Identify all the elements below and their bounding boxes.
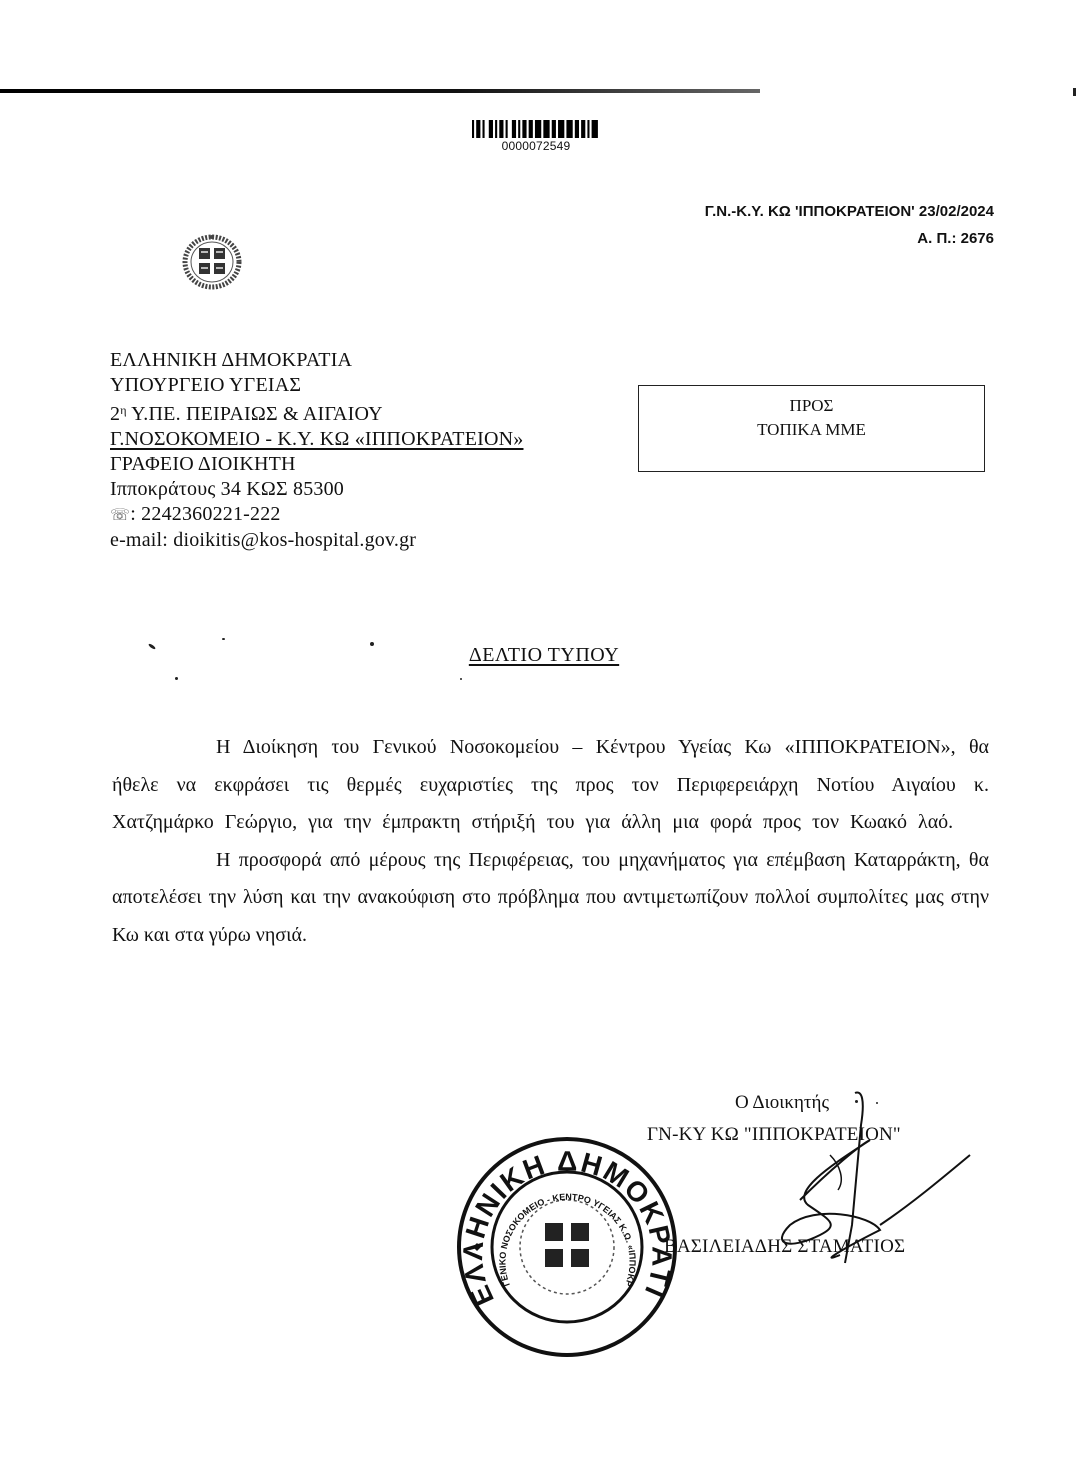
barcode (472, 120, 741, 138)
sender-address: Ιπποκράτους 34 ΚΩΣ 85300 (110, 477, 523, 502)
protocol-reference: Γ.Ν.-Κ.Υ. ΚΩ 'ΙΠΠΟΚΡΑΤΕΙΟΝ' 23/02/2024 Α… (705, 198, 994, 252)
recipient-name: ΤΟΠΙΚΑ ΜΜΕ (639, 418, 984, 442)
sender-phone: ☏: 2242360221-222 (110, 502, 523, 528)
sender-ministry: ΥΠΟΥΡΓΕΙΟ ΥΓΕΙΑΣ (110, 373, 523, 398)
scan-speck (370, 642, 374, 646)
scan-speck (460, 678, 462, 680)
top-scan-rule (0, 89, 760, 93)
recipient-box: ΠΡΟΣ ΤΟΠΙΚΑ ΜΜΕ (638, 385, 985, 472)
document-body: Η Διοίκηση του Γενικού Νοσοκομείου – Κέν… (112, 729, 989, 954)
reference-protocol-number: Α. Π.: 2676 (705, 225, 994, 252)
body-paragraph-2: Η προσφορά από μέρους της Περιφέρειας, τ… (112, 842, 989, 955)
greek-coat-of-arms-icon (181, 232, 243, 290)
sender-hospital: Γ.ΝΟΣΟΚΟΜΕΙΟ - Κ.Υ. ΚΩ «ΙΠΠΟΚΡΑΤΕΙΟΝ» (110, 427, 523, 452)
sender-republic: ΕΛΛΗΝΙΚΗ ΔΗΜΟΚΡΑΤΙΑ (110, 348, 523, 373)
sender-health-region: 2η Υ.ΠΕ. ΠΕΙΡΑΙΩΣ & ΑΙΓΑΙΟΥ (110, 398, 523, 427)
telephone-icon: ☏ (110, 507, 130, 524)
sender-letterhead: ΕΛΛΗΝΙΚΗ ΔΗΜΟΚΡΑΤΙΑ ΥΠΟΥΡΓΕΙΟ ΥΓΕΙΑΣ 2η … (110, 348, 523, 553)
scan-speck (855, 1100, 858, 1103)
barcode-number: 0000072549 (472, 139, 600, 153)
sender-office: ΓΡΑΦΕΙΟ ΔΙΟΙΚΗΤΗ (110, 452, 523, 477)
sender-email: e-mail: dioikitis@kos-hospital.gov.gr (110, 528, 523, 553)
barcode-bar (598, 120, 600, 138)
body-paragraph-1: Η Διοίκηση του Γενικού Νοσοκομείου – Κέν… (112, 729, 989, 842)
scan-speck (876, 1102, 878, 1104)
reference-line-org-date: Γ.Ν.-Κ.Υ. ΚΩ 'ΙΠΠΟΚΡΑΤΕΙΟΝ' 23/02/2024 (705, 198, 994, 225)
handwritten-signature (640, 1085, 980, 1275)
scan-mark (1073, 88, 1076, 96)
scan-speck (175, 677, 178, 680)
scan-speck (222, 638, 225, 640)
document-title: ΔΕΛΤΙΟ ΤΥΠΟΥ (0, 644, 1080, 667)
recipient-label: ΠΡΟΣ (639, 394, 984, 418)
email-link[interactable]: dioikitis@kos-hospital.gov.gr (173, 529, 416, 551)
